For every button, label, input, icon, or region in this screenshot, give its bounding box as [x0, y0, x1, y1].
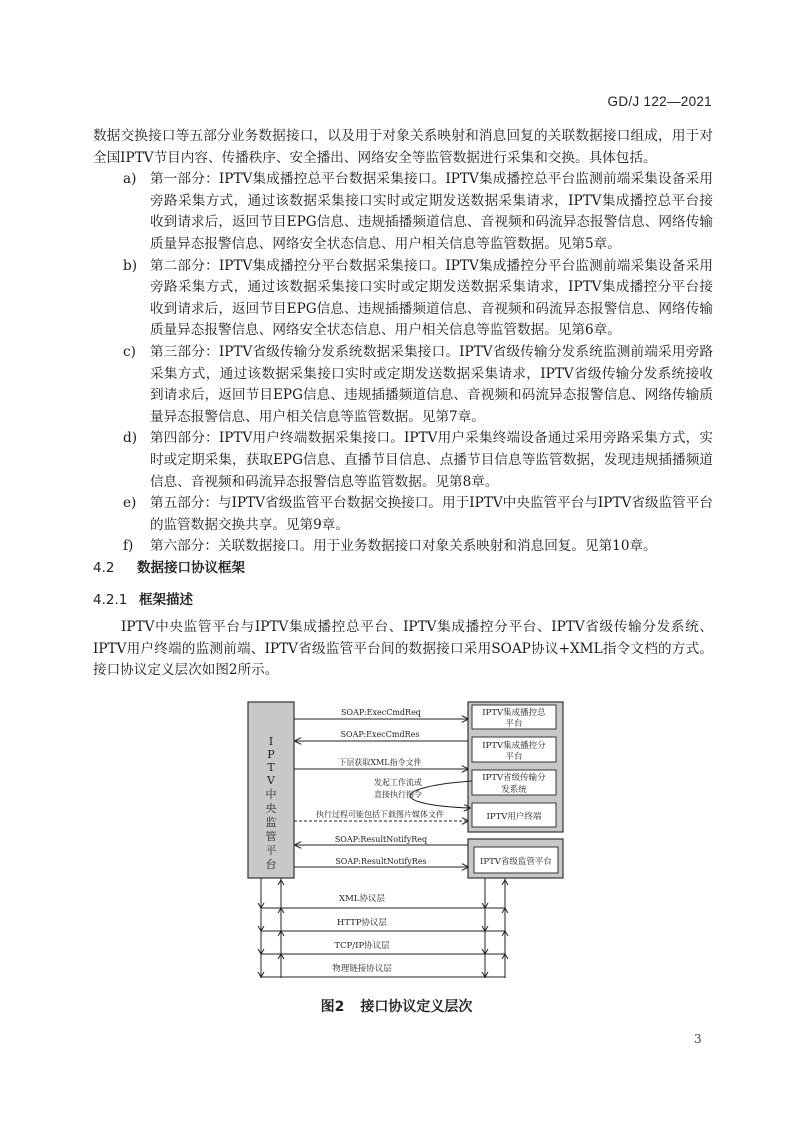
- framework-paragraph: IPTV中央监管平台与IPTV集成播控总平台、IPTV集成播控分平台、IPTV省…: [93, 617, 713, 682]
- protocol-layers: [258, 878, 508, 978]
- box-line: IPTV集成播控分: [482, 740, 546, 751]
- list-item-b: b) 第二部分：IPTV集成播控分平台数据采集接口。IPTV集成播控分平台监测前…: [93, 256, 713, 342]
- section-title: 框架描述: [139, 592, 193, 608]
- list-text: 第三部分：IPTV省级传输分发系统数据采集接口。IPTV省级传输分发系统监测前端…: [150, 342, 713, 428]
- body-top: 数据交换接口等五部分业务数据接口，以及用于对象关系映射和消息回复的关联数据接口组…: [93, 126, 713, 558]
- figure-caption: 图2接口协议定义层次: [0, 996, 793, 1016]
- list-text: 第一部分：IPTV集成播控总平台数据采集接口。IPTV集成播控总平台监测前端采集…: [150, 169, 713, 255]
- figure-number: 图2: [321, 999, 345, 1015]
- central-char: V: [266, 774, 276, 787]
- central-platform-box: I P T V 中 央 监 管 平 台: [248, 702, 294, 878]
- intro-paragraph: 数据交换接口等五部分业务数据接口，以及用于对象关系映射和消息回复的关联数据接口组…: [93, 126, 713, 169]
- section-number: 4.2: [93, 560, 137, 576]
- message-label: SOAP:ExecCmdRes: [341, 730, 420, 739]
- list-item-a: a) 第一部分：IPTV集成播控总平台数据采集接口。IPTV集成播控总平台监测前…: [93, 169, 713, 255]
- central-char: 管: [266, 829, 277, 843]
- provincial-platform-box: IPTV省级监管平台: [468, 839, 563, 878]
- list-text: 第二部分：IPTV集成播控分平台数据采集接口。IPTV集成播控分平台监测前端采集…: [150, 256, 713, 342]
- central-char: 央: [266, 801, 277, 815]
- section-heading-4-2: 4.2数据接口协议框架: [93, 556, 245, 576]
- box-line: 平台: [505, 751, 523, 762]
- message-label: SOAP:ResultNotifyRes: [335, 857, 426, 866]
- box-line: IPTV省级监管平台: [480, 856, 552, 867]
- box-line: IPTV用户终端: [487, 811, 542, 822]
- layer-label: XML协议层: [339, 893, 385, 904]
- box-line: IPTV省级传输分: [482, 772, 546, 783]
- page-number: 3: [694, 1032, 702, 1046]
- list-label: c): [93, 342, 150, 428]
- figure-title: 接口协议定义层次: [360, 999, 472, 1015]
- section-heading-4-2-1: 4.2.1框架描述: [93, 588, 193, 608]
- message-label: 下层获取XML指令文件: [338, 757, 421, 767]
- central-char: P: [267, 748, 275, 761]
- list-item-e: e) 第五部分：与IPTV省级监管平台数据交换接口。用于IPTV中央监管平台与I…: [93, 493, 713, 536]
- protocol-layer-diagram: I P T V 中 央 监 管 平 台 IPTV集成播控总 平台 IPTV集成播…: [240, 695, 580, 985]
- central-char: 中: [266, 787, 277, 801]
- central-char: I: [269, 735, 273, 748]
- central-char: T: [267, 761, 275, 774]
- box-line: IPTV集成播控总: [482, 707, 546, 718]
- section-number: 4.2.1: [93, 592, 139, 608]
- document-number-header: GD/J 122—2021: [608, 94, 712, 109]
- body-framework: IPTV中央监管平台与IPTV集成播控总平台、IPTV集成播控分平台、IPTV省…: [93, 617, 713, 682]
- message-label: SOAP:ResultNotifyReq: [335, 835, 427, 844]
- list-label: a): [93, 169, 150, 255]
- central-char: 平: [266, 844, 277, 857]
- list-label: e): [93, 493, 150, 536]
- layer-label: TCP/IP协议层: [334, 940, 390, 951]
- platform-group-box: IPTV集成播控总 平台 IPTV集成播控分 平台 IPTV省级传输分 发系统 …: [468, 702, 563, 832]
- list-item-f: f) 第六部分：关联数据接口。用于业务数据接口对象关系映射和消息回复。见第10章…: [93, 536, 713, 558]
- list-label: f): [93, 536, 150, 558]
- list-label: d): [93, 428, 150, 493]
- list-item-c: c) 第三部分：IPTV省级传输分发系统数据采集接口。IPTV省级传输分发系统监…: [93, 342, 713, 428]
- part-list: a) 第一部分：IPTV集成播控总平台数据采集接口。IPTV集成播控总平台监测前…: [93, 169, 713, 558]
- layer-label: 物理链接协议层: [332, 963, 392, 974]
- list-item-d: d) 第四部分：IPTV用户终端数据采集接口。IPTV用户采集终端设备通过采用旁…: [93, 428, 713, 493]
- workflow-note-line: 直接执行指令: [374, 789, 422, 799]
- section-title: 数据接口协议框架: [137, 560, 245, 576]
- list-label: b): [93, 256, 150, 342]
- workflow-note-line: 发起工作流或: [374, 777, 422, 787]
- list-text: 第六部分：关联数据接口。用于业务数据接口对象关系映射和消息回复。见第10章。: [150, 536, 713, 558]
- message-label: SOAP:ExecCmdReq: [341, 708, 421, 717]
- list-text: 第四部分：IPTV用户终端数据采集接口。IPTV用户采集终端设备通过采用旁路采集…: [150, 428, 713, 493]
- list-text: 第五部分：与IPTV省级监管平台数据交换接口。用于IPTV中央监管平台与IPTV…: [150, 493, 713, 536]
- central-char: 监: [266, 815, 277, 829]
- central-char: 台: [266, 858, 277, 871]
- box-line: 平台: [505, 718, 523, 729]
- box-line: 发系统: [501, 784, 527, 795]
- message-label: 执行过程可能包括下载图片媒体文件: [316, 809, 444, 819]
- layer-label: HTTP协议层: [337, 917, 388, 928]
